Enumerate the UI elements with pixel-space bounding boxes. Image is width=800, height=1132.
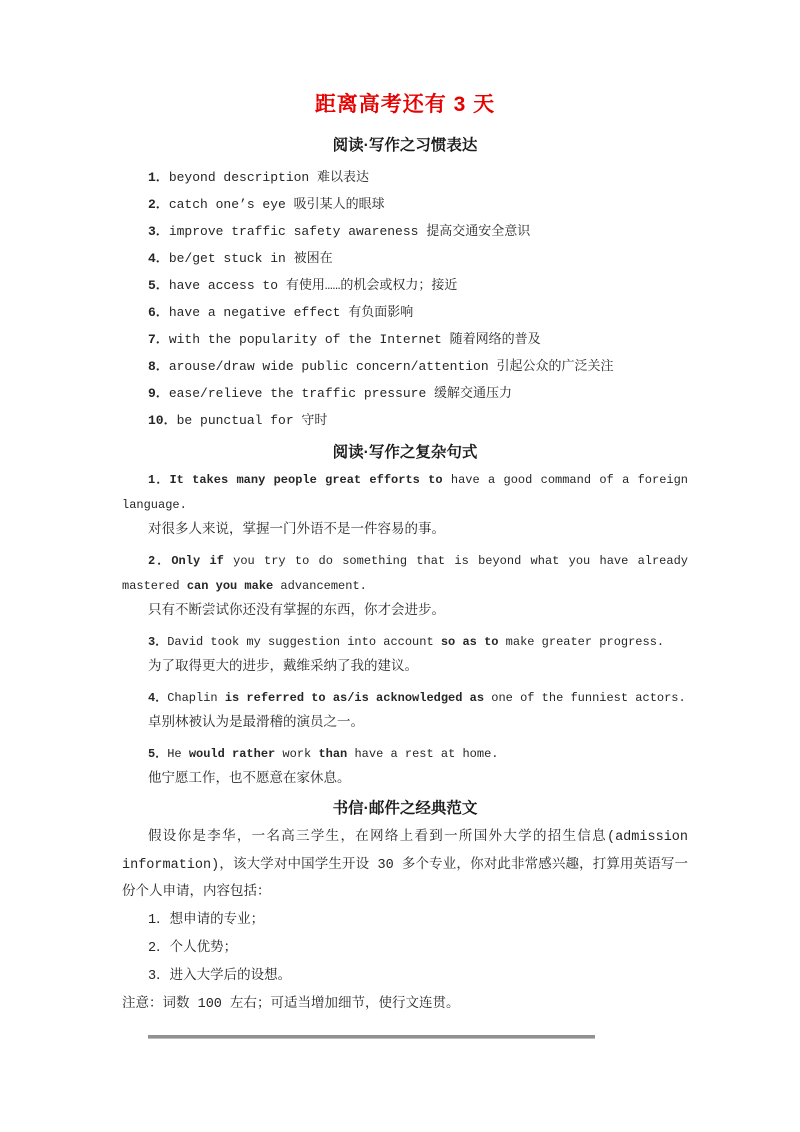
sentence-translation: 对很多人来说，掌握一门外语不是一件容易的事。 [122, 518, 688, 543]
letter-intro: 假设你是李华，一名高三学生，在网络上看到一所国外大学的招生信息(admissio… [122, 824, 688, 907]
sentence-item: 4．Chaplin is referred to as/is acknowled… [122, 686, 688, 736]
divider-line [148, 1035, 595, 1039]
sentence-translation: 他宁愿工作，也不愿意在家休息。 [122, 767, 688, 792]
sentence-item: 1．It takes many people great efforts to … [122, 468, 688, 543]
habit-item: 8．arouse/draw wide public concern/attent… [122, 353, 688, 380]
section-letter: 书信·邮件之经典范文 假设你是李华，一名高三学生，在网络上看到一所国外大学的招生… [122, 798, 688, 1019]
sentence-segment: He [167, 747, 189, 761]
habit-item: 6．have a negative effect 有负面影响 [122, 299, 688, 326]
habit-item-text: have access to 有使用……的机会或权力；接近 [169, 278, 458, 293]
habit-item-number: 7． [148, 332, 169, 347]
habit-item-number: 8． [148, 359, 169, 374]
sentence-segment: so as to [441, 635, 499, 649]
sentence-number: 5． [148, 747, 167, 761]
sentence-segment: make greater progress. [498, 635, 664, 649]
sentence-segment: David took my suggestion into account [167, 635, 441, 649]
habit-item: 7．with the popularity of the Internet 随着… [122, 326, 688, 353]
habit-item-text: ease/relieve the traffic pressure 缓解交通压力 [169, 386, 512, 401]
habit-item-number: 10． [148, 413, 177, 428]
sentence-segment: advancement. [273, 579, 367, 593]
sentence-english: 5．He would rather work than have a rest … [122, 742, 688, 767]
sentence-segment: one of the funniest actors. [484, 691, 686, 705]
sentence-segment: is referred to as/is acknowledged as [225, 691, 484, 705]
sentence-item: 5．He would rather work than have a rest … [122, 742, 688, 792]
sentence-segment: than [318, 747, 347, 761]
sentence-item: 3．David took my suggestion into account … [122, 630, 688, 680]
letter-note: 注意：词数 100 左右；可适当增加细节，使行文连贯。 [122, 991, 688, 1019]
sentence-segment: have a rest at home. [347, 747, 498, 761]
habit-item-text: be/get stuck in 被困在 [169, 251, 333, 266]
habit-item-number: 9． [148, 386, 169, 401]
sentence-number: 3． [148, 635, 167, 649]
habit-item: 2．catch one’s eye 吸引某人的眼球 [122, 191, 688, 218]
letter-point: 1．想申请的专业； [122, 907, 688, 935]
habit-item-text: beyond description 难以表达 [169, 170, 369, 185]
habit-item-text: improve traffic safety awareness 提高交通安全意… [169, 224, 530, 239]
document-title: 距离高考还有 3 天 [122, 92, 688, 118]
habit-item-number: 1． [148, 170, 169, 185]
sentence-english: 4．Chaplin is referred to as/is acknowled… [122, 686, 688, 711]
sentence-translation: 卓别林被认为是最滑稽的演员之一。 [122, 711, 688, 736]
sentence-english: 1．It takes many people great efforts to … [122, 468, 688, 518]
letter-point-number: 1． [148, 913, 170, 928]
habit-item-text: catch one’s eye 吸引某人的眼球 [169, 197, 385, 212]
habit-item-text: have a negative effect 有负面影响 [169, 305, 413, 320]
sentence-segment: Only if [171, 554, 223, 568]
sentence-translation: 为了取得更大的进步，戴维采纳了我的建议。 [122, 655, 688, 680]
section-habits-heading: 阅读·写作之习惯表达 [122, 135, 688, 157]
habit-item: 9．ease/relieve the traffic pressure 缓解交通… [122, 380, 688, 407]
habit-item: 10．be punctual for 守时 [122, 407, 688, 434]
section-habits: 阅读·写作之习惯表达 1．beyond description 难以表达 2．c… [122, 135, 688, 434]
habit-item: 5．have access to 有使用……的机会或权力；接近 [122, 272, 688, 299]
habit-item-text: arouse/draw wide public concern/attentio… [169, 359, 614, 374]
sentence-segment: Chaplin [167, 691, 225, 705]
section-sentences: 阅读·写作之复杂句式 1．It takes many people great … [122, 442, 688, 792]
letter-point-number: 3． [148, 969, 170, 984]
habit-item-number: 6． [148, 305, 169, 320]
habit-item-number: 5． [148, 278, 169, 293]
section-sentences-heading: 阅读·写作之复杂句式 [122, 442, 688, 464]
sentence-item: 2．Only if you try to do something that i… [122, 549, 688, 624]
sentence-segment: would rather [189, 747, 275, 761]
habit-item-number: 4． [148, 251, 169, 266]
sentence-number: 4． [148, 691, 167, 705]
habit-item: 4．be/get stuck in 被困在 [122, 245, 688, 272]
sentence-segment: It takes many people great efforts to [169, 473, 442, 487]
sentence-segment: work [275, 747, 318, 761]
habit-item: 1．beyond description 难以表达 [122, 164, 688, 191]
letter-point: 3．进入大学后的设想。 [122, 963, 688, 991]
letter-point-text: 进入大学后的设想。 [170, 969, 292, 984]
document-page: 距离高考还有 3 天 阅读·写作之习惯表达 1．beyond descripti… [0, 0, 800, 1132]
section-letter-heading: 书信·邮件之经典范文 [122, 798, 688, 820]
sentence-number: 2． [148, 554, 171, 568]
letter-point-number: 2． [148, 941, 170, 956]
habit-item-text: with the popularity of the Internet 随着网络… [169, 332, 541, 347]
letter-point-text: 个人优势； [170, 941, 238, 956]
sentence-english: 3．David took my suggestion into account … [122, 630, 688, 655]
sentence-translation: 只有不断尝试你还没有掌握的东西，你才会进步。 [122, 599, 688, 624]
letter-point: 2．个人优势； [122, 935, 688, 963]
sentence-english: 2．Only if you try to do something that i… [122, 549, 688, 599]
letter-point-text: 想申请的专业； [170, 913, 265, 928]
habit-item-number: 3． [148, 224, 169, 239]
habit-item-number: 2． [148, 197, 169, 212]
habit-item: 3．improve traffic safety awareness 提高交通安… [122, 218, 688, 245]
sentence-number: 1． [148, 473, 169, 487]
sentence-segment: can you make [187, 579, 273, 593]
habit-item-text: be punctual for 守时 [177, 413, 328, 428]
